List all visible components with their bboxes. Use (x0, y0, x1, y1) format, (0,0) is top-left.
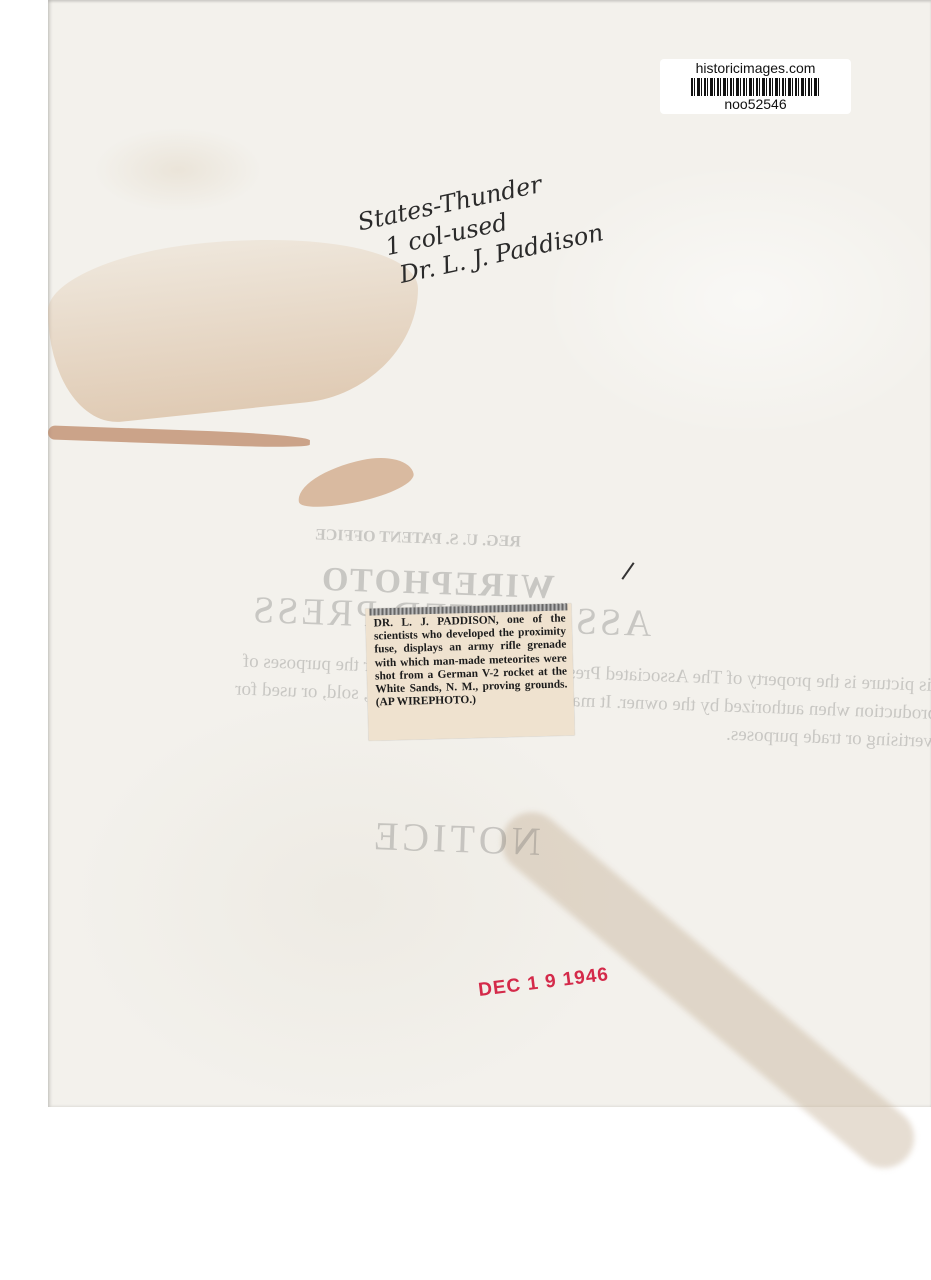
water-stain-blob (293, 450, 417, 514)
photo-back-paper (48, 0, 931, 1107)
water-stain (48, 221, 418, 430)
newspaper-clipping: DR. L. J. PADDISON, one of the scientist… (365, 603, 574, 740)
inventory-label: historicimages.com noo52546 (660, 59, 851, 114)
label-code: noo52546 (660, 96, 851, 112)
water-stain-streak (48, 425, 310, 448)
barcode-icon (691, 78, 821, 96)
clipping-caption: DR. L. J. PADDISON, one of the scientist… (365, 610, 573, 712)
label-site: historicimages.com (660, 60, 851, 76)
ghost-notice-title: NOTICE (369, 812, 541, 865)
